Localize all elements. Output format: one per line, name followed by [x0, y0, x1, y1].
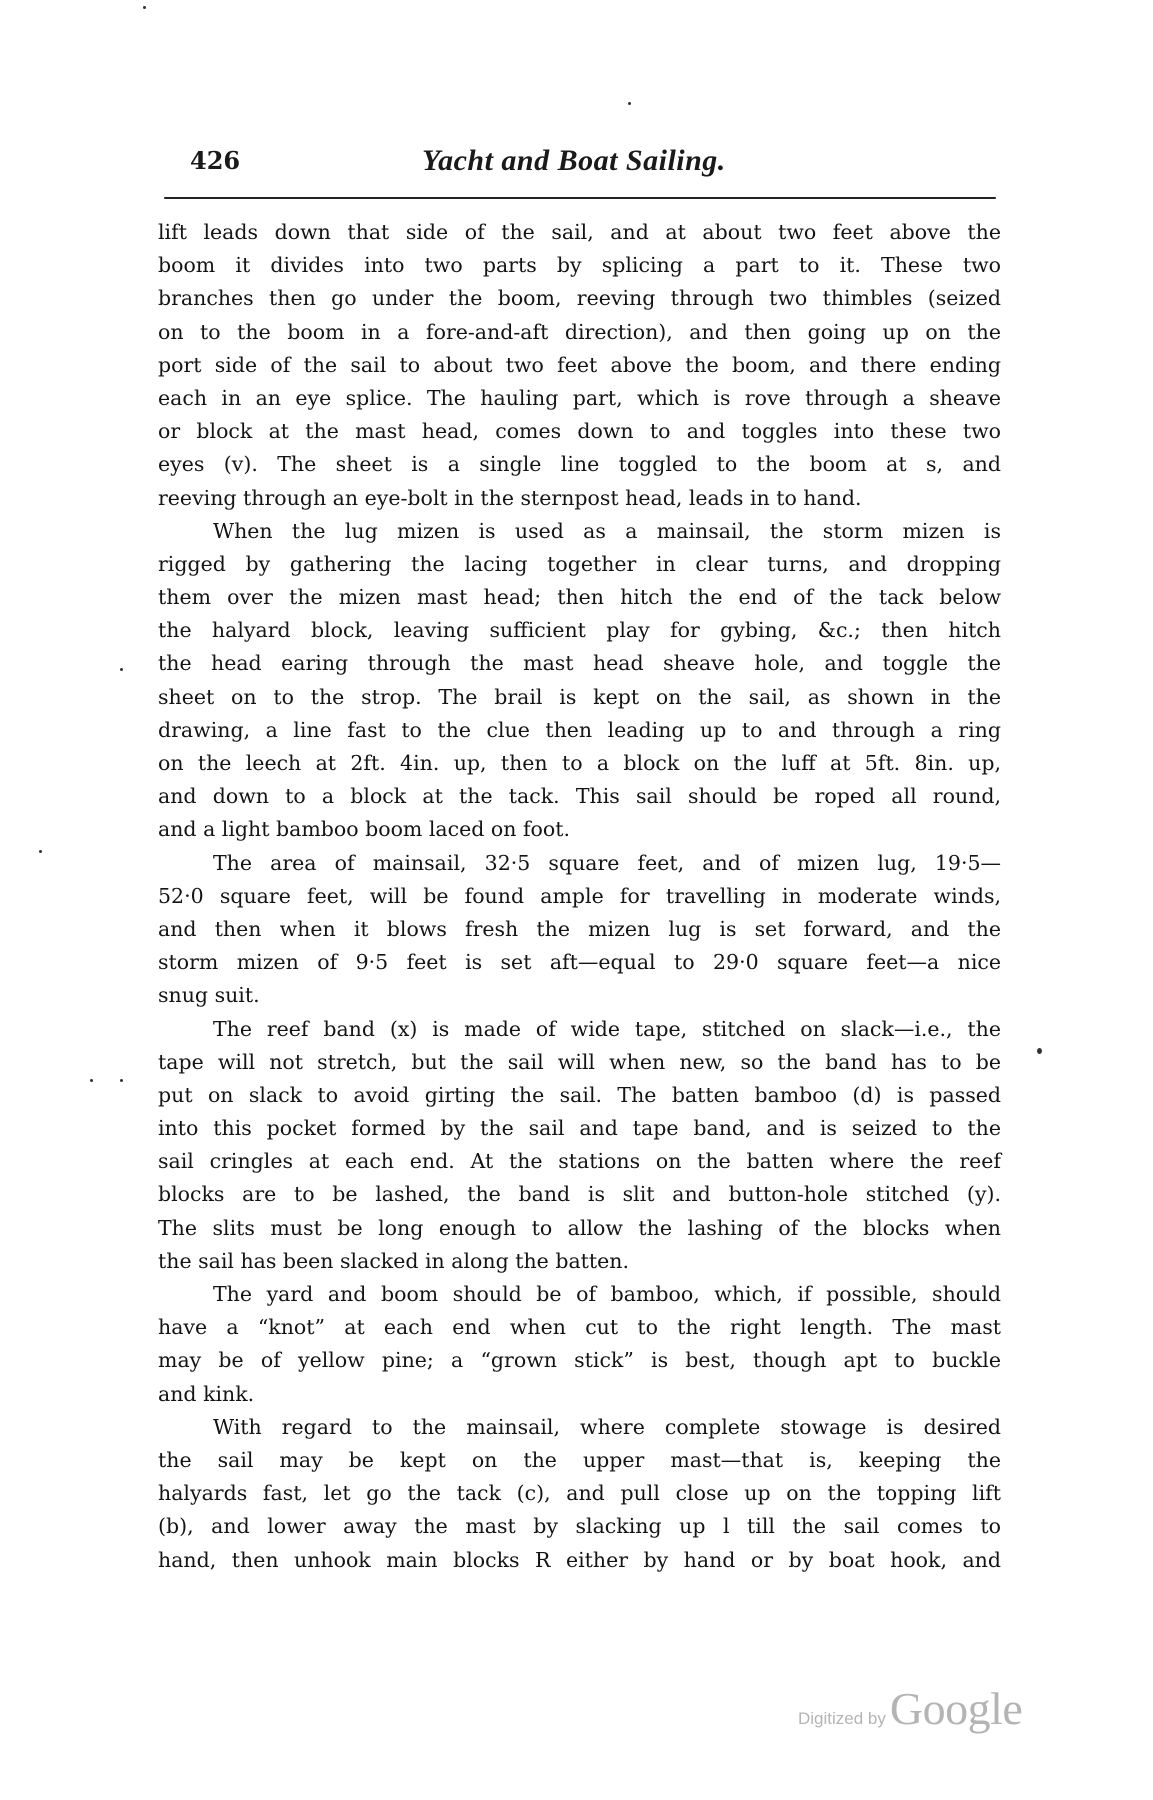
text-line: storm mizen of 9·5 feet is set aft—equal…: [158, 946, 1001, 979]
text-line: the head earing through the mast head sh…: [158, 647, 1001, 680]
text-line: blocks are to be lashed, the band is sli…: [158, 1178, 1001, 1211]
text-line: each in an eye splice. The hauling part,…: [158, 382, 1001, 415]
digitized-label: Digitized by: [798, 1709, 886, 1729]
text-line: branches then go under the boom, reeving…: [158, 282, 1001, 315]
text-line: and kink.: [158, 1378, 1001, 1411]
text-line: them over the mizen mast head; then hitc…: [158, 581, 1001, 614]
google-logo-text: Google: [890, 1682, 1022, 1735]
text-line: sheet on to the strop. The brail is kept…: [158, 681, 1001, 714]
text-line: snug suit.: [158, 979, 1001, 1012]
text-line: halyards fast, let go the tack (c), and …: [158, 1477, 1001, 1510]
text-line: have a “knot” at each end when cut to th…: [158, 1311, 1001, 1344]
scan-speck: [628, 102, 631, 105]
text-line: port side of the sail to about two feet …: [158, 349, 1001, 382]
text-line: and then when it blows fresh the mizen l…: [158, 913, 1001, 946]
text-line: The area of mainsail, 32·5 square feet, …: [158, 847, 1001, 880]
text-line: may be of yellow pine; a “grown stick” i…: [158, 1344, 1001, 1377]
running-title: Yacht and Boat Sailing.: [422, 144, 726, 178]
text-line: (b), and lower away the mast by slacking…: [158, 1510, 1001, 1543]
text-line: boom it divides into two parts by splici…: [158, 249, 1001, 282]
header-rule: [164, 197, 996, 199]
text-line: the sail has been slacked in along the b…: [158, 1245, 1001, 1278]
scan-speck: [90, 1079, 93, 1082]
text-line: on the leech at 2ft. 4in. up, then to a …: [158, 747, 1001, 780]
text-line: The yard and boom should be of bamboo, w…: [158, 1278, 1001, 1311]
scan-speck: [1037, 1048, 1042, 1054]
text-line: drawing, a line fast to the clue then le…: [158, 714, 1001, 747]
text-line: the sail may be kept on the upper mast—t…: [158, 1444, 1001, 1477]
text-line: The reef band (x) is made of wide tape, …: [158, 1013, 1001, 1046]
text-line: When the lug mizen is used as a mainsail…: [158, 515, 1001, 548]
text-line: put on slack to avoid girting the sail. …: [158, 1079, 1001, 1112]
text-line: or block at the mast head, comes down to…: [158, 415, 1001, 448]
scan-speck: [120, 668, 123, 671]
text-line: sail cringles at each end. At the statio…: [158, 1145, 1001, 1178]
scan-speck: [143, 6, 146, 9]
text-line: tape will not stretch, but the sail will…: [158, 1046, 1001, 1079]
text-line: the halyard block, leaving sufficient pl…: [158, 614, 1001, 647]
scan-speck: [120, 1079, 123, 1082]
text-line: rigged by gathering the lacing together …: [158, 548, 1001, 581]
text-line: and a light bamboo boom laced on foot.: [158, 813, 1001, 846]
text-line: hand, then unhook main blocks R either b…: [158, 1544, 1001, 1577]
text-line: With regard to the mainsail, where compl…: [158, 1411, 1001, 1444]
text-line: eyes (v). The sheet is a single line tog…: [158, 448, 1001, 481]
digitized-watermark: Digitized by Google: [798, 1682, 1022, 1732]
page-number: 426: [190, 146, 240, 175]
scan-speck: [39, 850, 42, 853]
text-line: on to the boom in a fore-and-aft directi…: [158, 316, 1001, 349]
body-text: lift leads down that side of the sail, a…: [158, 216, 1001, 1577]
book-page: 426 Yacht and Boat Sailing. lift leads d…: [0, 0, 1153, 1800]
text-line: reeving through an eye-bolt in the stern…: [158, 482, 1001, 515]
text-line: The slits must be long enough to allow t…: [158, 1212, 1001, 1245]
page-header: 426 Yacht and Boat Sailing.: [160, 140, 1000, 190]
text-line: 52·0 square feet, will be found ample fo…: [158, 880, 1001, 913]
text-line: and down to a block at the tack. This sa…: [158, 780, 1001, 813]
text-line: into this pocket formed by the sail and …: [158, 1112, 1001, 1145]
text-line: lift leads down that side of the sail, a…: [158, 216, 1001, 249]
